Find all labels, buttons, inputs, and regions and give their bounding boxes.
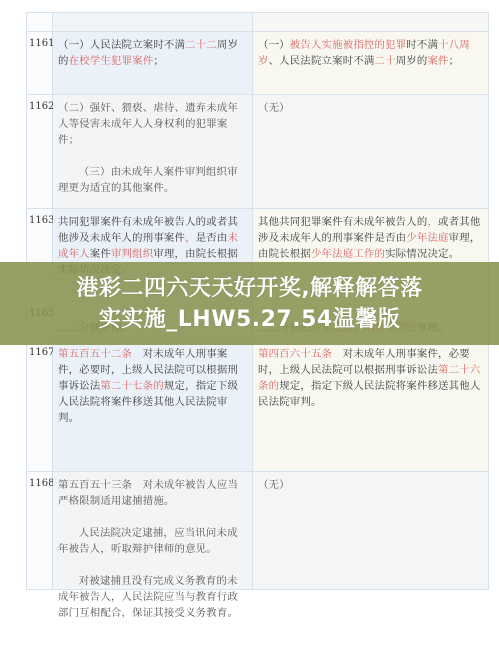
row-number: 1162 <box>27 95 53 208</box>
banner-title-line-1: 港彩二四六天天好开奖,解释解答落 <box>76 273 422 304</box>
header-right-cell <box>253 13 488 31</box>
highlight-span: 第四百六十五条 <box>258 348 332 360</box>
left-text-cell: （一）人民法院立案时不满二十二周岁的在校学生犯罪案件； <box>53 32 253 94</box>
left-text-cell: 第五百五十三条 对未成年被告人应当严格限制适用逮捕措施。 人民法院决定逮捕，应当… <box>53 472 253 589</box>
text-span: ； <box>449 55 460 67</box>
text-span: ； <box>153 55 164 67</box>
table-header-row <box>27 13 488 31</box>
highlight-span: 第五百五十二条 <box>58 348 132 360</box>
table-row: 1168 第五百五十三条 对未成年被告人应当严格限制适用逮捕措施。 人民法院决定… <box>27 471 488 589</box>
text-span: （一）人民法院立案时不满 <box>58 39 185 51</box>
highlight-span: 在校学生犯罪案件 <box>69 55 154 67</box>
table-row: 1161 （一）人民法院立案时不满二十二周岁的在校学生犯罪案件； （一）被告人实… <box>27 31 488 94</box>
clause-text: 第五百五十二条 对未成年人刑事案件，必要时，上级人民法院可以根据刑事诉讼法第二十… <box>58 346 248 426</box>
left-text-cell: （二）强奸、猥亵、虐待、遗弃未成年人等侵害未成年人人身权利的犯罪案件； （三）由… <box>53 95 253 208</box>
row-number: 1167 <box>27 341 53 471</box>
text-span: 周岁的 <box>396 55 428 67</box>
right-text-cell: 第四百六十五条 对未成年人刑事案件，必要时，上级人民法院可以根据刑事诉讼法第二十… <box>253 341 488 471</box>
clause-text: 第五百五十三条 对未成年被告人应当严格限制适用逮捕措施。 <box>58 477 248 509</box>
left-text-cell: 第五百五十二条 对未成年人刑事案件，必要时，上级人民法院可以根据刑事诉讼法第二十… <box>53 341 253 471</box>
text-span: 其他共同犯罪案件有未成年被告人的 <box>258 216 427 228</box>
clause-text: （无） <box>258 477 484 493</box>
text-span: 规定，指定下级人民法院将案件移送其他人民法院审判。 <box>258 380 480 408</box>
text-span: 案件 <box>90 248 111 260</box>
clause-text: 对被逮捕且没有完成义务教育的未成年被告人，人民法院应当与教育行政部门互相配合，保… <box>58 573 248 621</box>
banner-title-line-2: 实实施_LHW5.27.54温馨版 <box>99 304 400 335</box>
highlight-span: 案件 <box>427 55 448 67</box>
clause-text: （一）被告人实施被指控的犯罪时不满十八周岁、人民法院立案时不满二十周岁的案件； <box>258 37 484 69</box>
highlight-span: 少年法庭 <box>406 232 448 244</box>
clause-text: 人民法院决定逮捕，应当讯问未成年被告人，听取辩护律师的意见。 <box>58 525 248 557</box>
text-span: 、人民法院立案时不满 <box>269 55 375 67</box>
header-left-cell <box>53 13 253 31</box>
row-number: 1161 <box>27 32 53 94</box>
row-number: 1168 <box>27 472 53 589</box>
highlight-span: 二十 <box>375 55 396 67</box>
highlight-span: ， <box>427 216 438 228</box>
right-text-cell: （无） <box>253 472 488 589</box>
highlight-span: 二十二 <box>185 39 217 51</box>
right-text-cell: （一）被告人实施被指控的犯罪时不满十八周岁、人民法院立案时不满二十周岁的案件； <box>253 32 488 94</box>
clause-text: （一）人民法院立案时不满二十二周岁的在校学生犯罪案件； <box>58 37 248 69</box>
title-overlay-banner: 港彩二四六天天好开奖,解释解答落 实实施_LHW5.27.54温馨版 <box>0 262 499 345</box>
text-span: 是否由 <box>196 232 228 244</box>
header-num-cell <box>27 13 53 31</box>
highlight-span: 被告人实施被指控的犯罪 <box>290 39 407 51</box>
highlight-span: 少年法庭工作的 <box>311 248 385 260</box>
clause-text: （二）强奸、猥亵、虐待、遗弃未成年人等侵害未成年人人身权利的犯罪案件； <box>58 100 248 148</box>
clause-text: （三）由未成年人案件审判组织审理更为适宜的其他案件。 <box>58 164 248 196</box>
text-span: （一） <box>258 39 290 51</box>
clause-text: 第四百六十五条 对未成年人刑事案件，必要时，上级人民法院可以根据刑事诉讼法第二十… <box>258 346 484 410</box>
text-span: 实际情况决定。 <box>385 248 459 260</box>
clause-text: （无） <box>258 100 484 116</box>
highlight-span: 第二十七条的 <box>100 380 164 392</box>
text-span: 时不满 <box>406 39 438 51</box>
highlight-span: 审判组织 <box>111 248 153 260</box>
table-row: 1162 （二）强奸、猥亵、虐待、遗弃未成年人等侵害未成年人人身权利的犯罪案件；… <box>27 94 488 208</box>
clause-text: 其他共同犯罪案件有未成年被告人的，或者其他涉及未成年人的刑事案件是否由少年法庭审… <box>258 214 484 262</box>
right-text-cell: （无） <box>253 95 488 208</box>
table-row: 1167 第五百五十二条 对未成年人刑事案件，必要时，上级人民法院可以根据刑事诉… <box>27 340 488 471</box>
highlight-span: ， <box>185 232 196 244</box>
